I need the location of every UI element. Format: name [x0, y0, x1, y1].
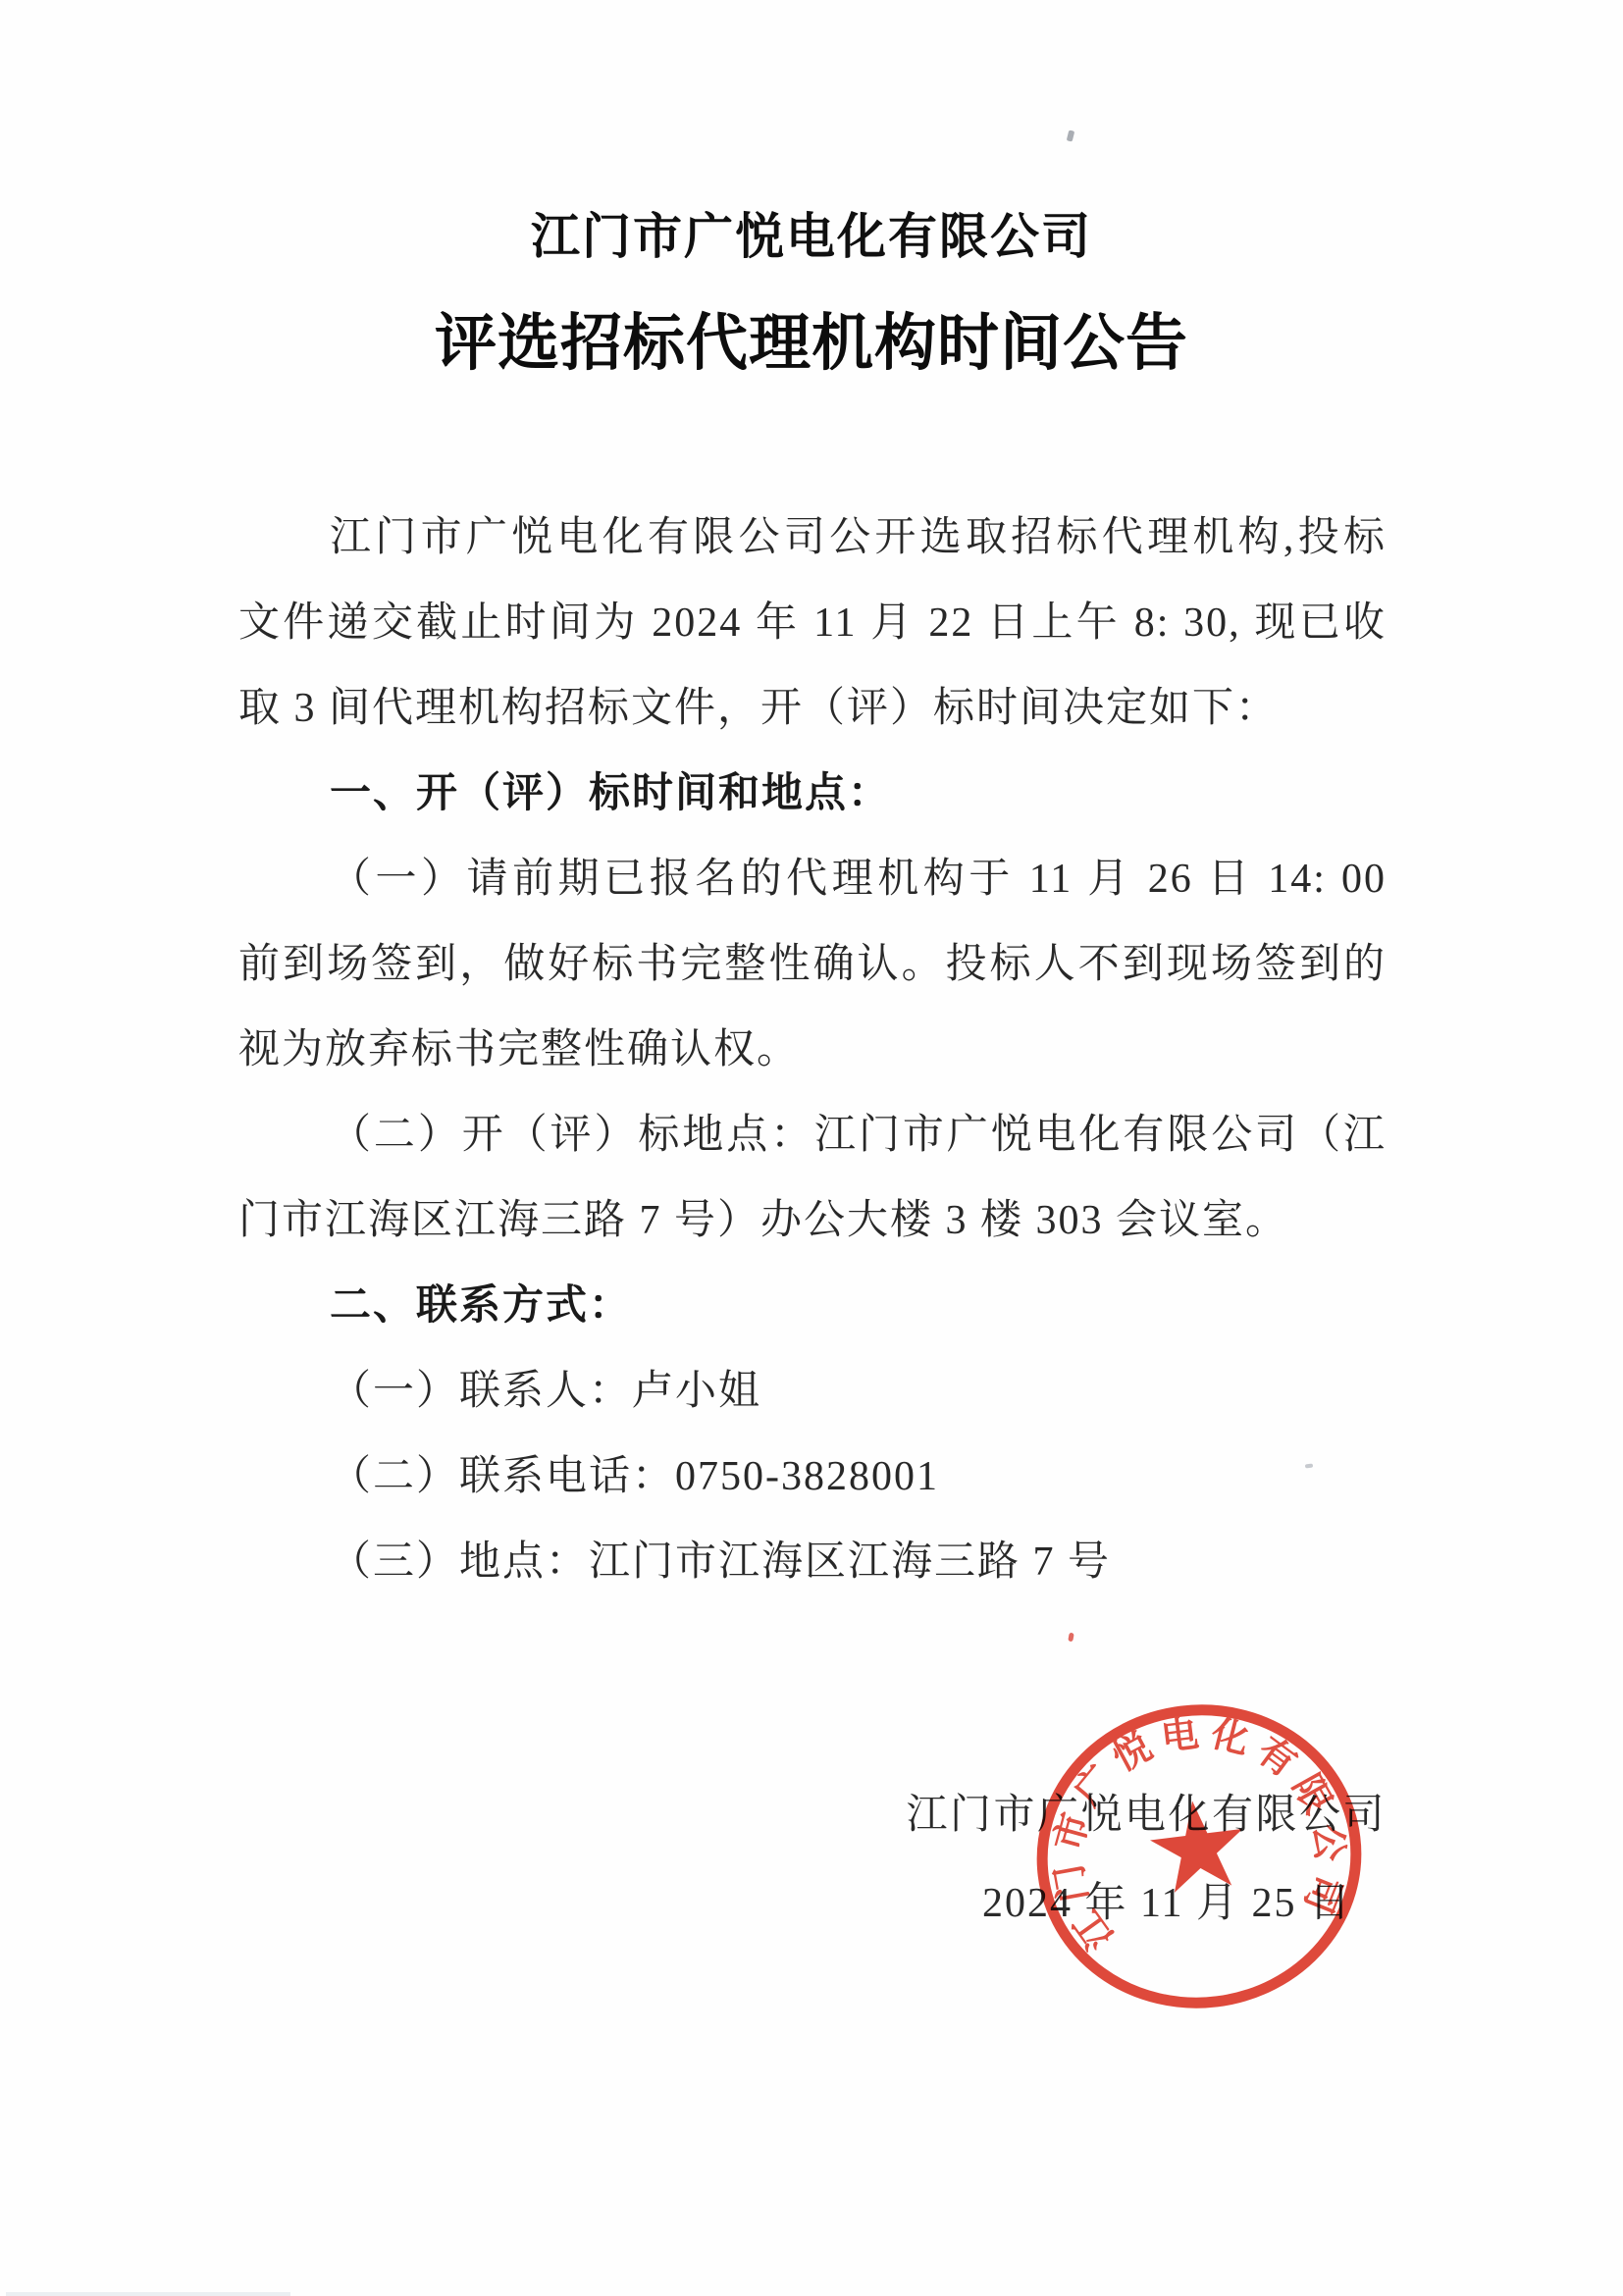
section-heading-1: 一、开（评）标时间和地点： [238, 752, 1387, 837]
scan-speck-red [1068, 1633, 1073, 1643]
body-line-7: 视为放弃标书完整性确认权。 [238, 1008, 1387, 1093]
signature-company: 江门市广悦电化有限公司 [906, 1773, 1387, 1858]
body-line-8: （二）开（评）标地点：江门市广悦电化有限公司（江 [238, 1093, 1387, 1178]
scan-speck [1067, 130, 1074, 141]
announcement-title: 评选招标代理机构时间公告 [0, 306, 1623, 381]
body-line-5: （一）请前期已报名的代理机构于 11 月 26 日 14: 00 [238, 837, 1387, 922]
body-line-2: 文件递交截止时间为 2024 年 11 月 22 日上午 8: 30, 现已收 [238, 581, 1387, 666]
company-title: 江门市广悦电化有限公司 [0, 207, 1623, 266]
contact-phone-line: （二）联系电话：0750-3828001 [238, 1435, 1387, 1520]
signature-date: 2024 年 11 月 25 日 [982, 1861, 1352, 1947]
body-line-1: 江门市广悦电化有限公司公开选取招标代理机构,投标 [238, 496, 1387, 581]
section-heading-2: 二、联系方式： [238, 1264, 1387, 1349]
body-line-9: 门市江海区江海三路 7 号）办公大楼 3 楼 303 会议室。 [238, 1178, 1387, 1264]
contact-person-line: （一）联系人：卢小姐 [238, 1349, 1387, 1435]
body-line-6: 前到场签到，做好标书完整性确认。投标人不到现场签到的 [238, 922, 1387, 1008]
body-text: 江门市广悦电化有限公司公开选取招标代理机构,投标 文件递交截止时间为 2024 … [238, 496, 1387, 1605]
contact-address-line: （三）地点：江门市江海区江海三路 7 号 [238, 1520, 1387, 1605]
document-page: 江门市广悦电化有限公司 评选招标代理机构时间公告 江门市广悦电化有限公司公开选取… [0, 0, 1623, 2296]
body-line-3: 取 3 间代理机构招标文件，开（评）标时间决定如下： [238, 666, 1387, 752]
scan-edge-artifact [6, 2292, 290, 2296]
